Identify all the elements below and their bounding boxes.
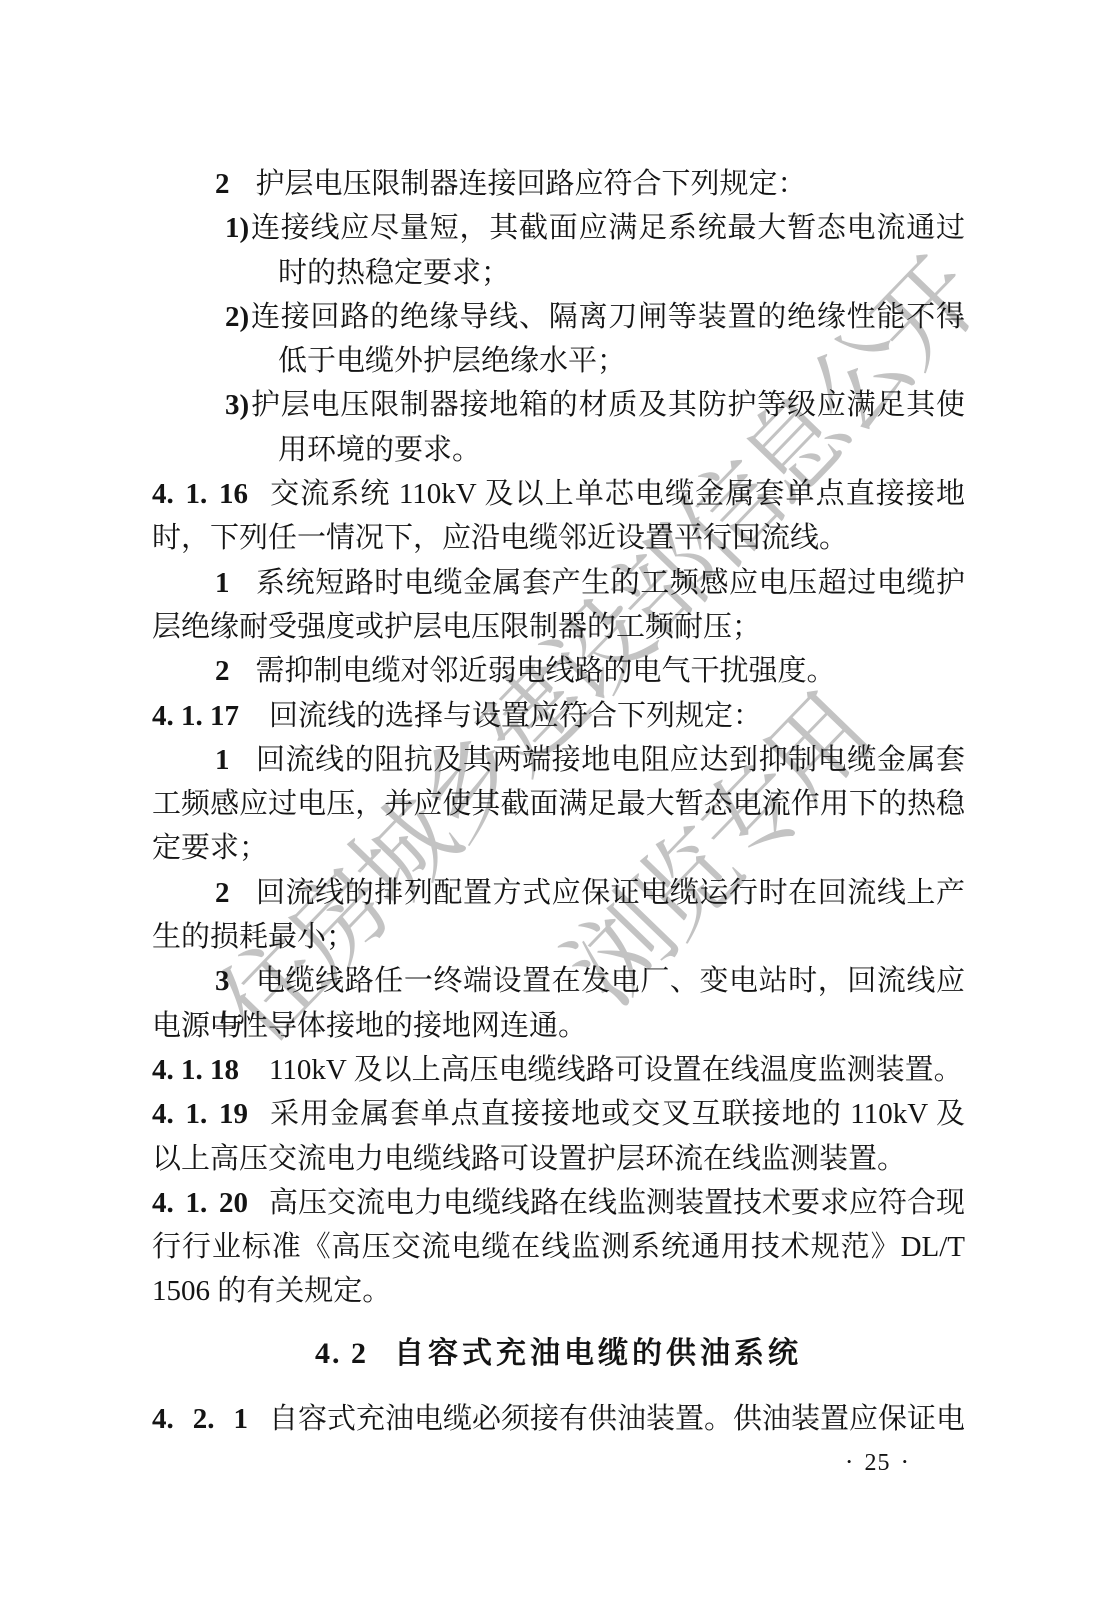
line-text: 回流线的阻抗及其两端接地电阻应达到抑制电缆金属套 (256, 744, 966, 776)
page-number: •25• (152, 1447, 965, 1477)
subitem-number: 2) (225, 301, 249, 333)
line-text: 交流系统 110kV 及以上单芯电缆金属套单点直接接地 (269, 478, 965, 510)
line-text: 层绝缘耐受强度或护层电压限制器的工频耐压； (152, 611, 761, 643)
text-line: 3电缆线路任一终端设置在发电厂、变电站时，回流线应与 (152, 959, 965, 1003)
line-text: 采用金属套单点直接接地或交叉互联接地的 110kV 及 (269, 1098, 965, 1130)
line-text: 行行业标准《高压交流电缆在线监测系统通用技术规范》DL/T (152, 1231, 965, 1263)
item-number: 3 (215, 965, 230, 997)
line-text: 护层电压限制器连接回路应符合下列规定： (256, 168, 807, 200)
text-line: 定要求； (152, 826, 965, 870)
clause-number: 4. 1. 18 (152, 1048, 248, 1092)
text-line: 电源中性导体接地的接地网连通。 (152, 1004, 965, 1048)
text-line: 低于电缆外护层绝缘水平； (152, 339, 965, 383)
clause-number: 4. 2. 1 (152, 1397, 248, 1441)
item-number: 1 (215, 744, 230, 776)
subitem-number: 1) (225, 212, 249, 244)
line-text: 连接线应尽量短，其截面应满足系统最大暂态电流通过 (250, 212, 965, 244)
text-line-clause-4-1-18: 4. 1. 18110kV 及以上高压电缆线路可设置在线温度监测装置。 (152, 1048, 965, 1092)
line-text: 生的损耗最小； (152, 921, 355, 953)
clause-number: 4. 1. 17 (152, 694, 248, 738)
text-line-clause-4-1-19: 4. 1. 19采用金属套单点直接接地或交叉互联接地的 110kV 及 (152, 1092, 965, 1136)
text-line: 层绝缘耐受强度或护层电压限制器的工频耐压； (152, 605, 965, 649)
section-title: 自容式充油电缆的供油系统 (394, 1337, 802, 1370)
line-text: 以上高压交流电力电缆线路可设置护层环流在线监测装置。 (152, 1143, 906, 1175)
text-line-clause-4-1-17: 4. 1. 17回流线的选择与设置应符合下列规定： (152, 694, 965, 738)
text-line: 时的热稳定要求； (152, 251, 965, 295)
line-text: 时，下列任一情况下，应沿电缆邻近设置平行回流线。 (152, 522, 848, 554)
item-number: 1 (215, 567, 230, 599)
line-text: 自容式充油电缆必须接有供油装置。供油装置应保证电 (269, 1403, 965, 1435)
line-text: 连接回路的绝缘导线、隔离刀闸等装置的绝缘性能不得 (250, 301, 965, 333)
text-line: 生的损耗最小； (152, 915, 965, 959)
item-number: 2 (215, 655, 230, 687)
line-text: 回流线的排列配置方式应保证电缆运行时在回流线上产 (256, 877, 966, 909)
text-line: 以上高压交流电力电缆线路可设置护层环流在线监测装置。 (152, 1137, 965, 1181)
line-text: 1506 的有关规定。 (152, 1275, 391, 1307)
line-text: 用环境的要求。 (278, 434, 481, 466)
item-number: 2 (215, 168, 230, 200)
clause-number: 4. 1. 20 (152, 1181, 248, 1225)
page-number-value: 25 (864, 1450, 890, 1476)
text-line: 1506 的有关规定。 (152, 1269, 965, 1313)
line-text: 系统短路时电缆金属套产生的工频感应电压超过电缆护 (256, 567, 966, 599)
document-page: 住房城乡建设部信息公开 浏览专用 2护层电压限制器连接回路应符合下列规定： 1)… (0, 0, 1106, 1598)
text-line: 1)连接线应尽量短，其截面应满足系统最大暂态电流通过 (152, 206, 965, 250)
text-line: 用环境的要求。 (152, 428, 965, 472)
line-text: 110kV 及以上高压电缆线路可设置在线温度监测装置。 (269, 1054, 963, 1086)
text-line: 2需抑制电缆对邻近弱电线路的电气干扰强度。 (152, 649, 965, 693)
text-line-clause-4-1-16: 4. 1. 16交流系统 110kV 及以上单芯电缆金属套单点直接接地 (152, 472, 965, 516)
line-text: 定要求； (152, 832, 268, 864)
text-line: 工频感应过电压，并应使其截面满足最大暂态电流作用下的热稳 (152, 782, 965, 826)
text-line: 3)护层电压限制器接地箱的材质及其防护等级应满足其使 (152, 383, 965, 427)
text-line: 2护层电压限制器连接回路应符合下列规定： (152, 162, 965, 206)
item-number: 2 (215, 877, 230, 909)
clause-number: 4. 1. 19 (152, 1092, 248, 1136)
text-line-clause-4-1-20: 4. 1. 20高压交流电力电缆线路在线监测装置技术要求应符合现 (152, 1181, 965, 1225)
page-number-dot-left: • (847, 1454, 853, 1469)
text-line: 时，下列任一情况下，应沿电缆邻近设置平行回流线。 (152, 516, 965, 560)
subitem-number: 3) (225, 389, 249, 421)
clause-number: 4. 1. 16 (152, 472, 248, 516)
section-heading: 4. 2自容式充油电缆的供油系统 (152, 1332, 965, 1376)
line-text: 电源中性导体接地的接地网连通。 (152, 1010, 587, 1042)
text-line: 行行业标准《高压交流电缆在线监测系统通用技术规范》DL/T (152, 1225, 965, 1269)
line-text: 回流线的选择与设置应符合下列规定： (269, 700, 762, 732)
line-text: 工频感应过电压，并应使其截面满足最大暂态电流作用下的热稳 (152, 788, 965, 820)
section-number: 4. 2 (315, 1337, 368, 1370)
text-line-clause-4-2-1: 4. 2. 1自容式充油电缆必须接有供油装置。供油装置应保证电 (152, 1397, 965, 1441)
line-text: 需抑制电缆对邻近弱电线路的电气干扰强度。 (256, 655, 836, 687)
line-text: 时的热稳定要求； (278, 257, 510, 289)
page-number-dot-right: • (902, 1454, 908, 1469)
text-line: 2回流线的排列配置方式应保证电缆运行时在回流线上产 (152, 871, 965, 915)
text-line: 1回流线的阻抗及其两端接地电阻应达到抑制电缆金属套 (152, 738, 965, 782)
line-text: 高压交流电力电缆线路在线监测装置技术要求应符合现 (269, 1187, 965, 1219)
line-text: 低于电缆外护层绝缘水平； (278, 345, 626, 377)
line-text: 护层电压限制器接地箱的材质及其防护等级应满足其使 (250, 389, 965, 421)
text-line: 2)连接回路的绝缘导线、隔离刀闸等装置的绝缘性能不得 (152, 295, 965, 339)
page-content: 2护层电压限制器连接回路应符合下列规定： 1)连接线应尽量短，其截面应满足系统最… (152, 162, 965, 1477)
text-line: 1系统短路时电缆金属套产生的工频感应电压超过电缆护 (152, 561, 965, 605)
